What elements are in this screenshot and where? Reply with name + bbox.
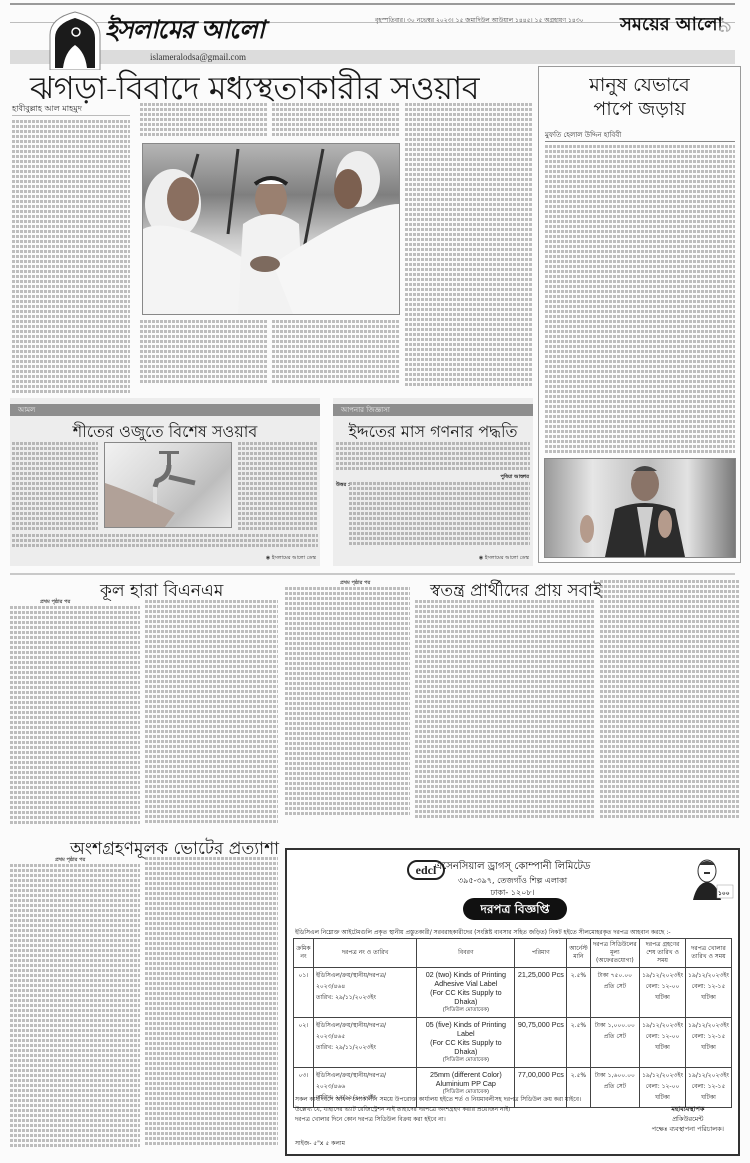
mosque-arch-icon: [48, 10, 103, 70]
mujib-badge-text: ১০০: [718, 890, 730, 897]
tender-row: ০২। ইডিসিএল/ক্রয়/স্থানীয়/দরপত্র/২০২৩/৪…: [294, 1018, 732, 1068]
row-deadline-cell: ১৯/১২/২০২৩ইং বেলা: ১২-০০ ঘটিকা: [640, 1018, 686, 1068]
signatory-dept: প্রকিউরমেন্ট: [652, 1114, 724, 1124]
amal-panel: আমল শীতের ওজুতে বিশেষ সওয়াব ◉ ইসলামের আ…: [10, 398, 320, 566]
row-opening-unit: ঘটিকা: [688, 1092, 729, 1103]
row-deadline-time: বেলা: ১২-০০: [642, 981, 683, 992]
row-desc-line2: (For CC Kits Supply to Dhaka): [419, 1038, 512, 1056]
row-opening-date: ১৯/১২/২০২৩ইং: [688, 970, 729, 981]
row-desc-line1: 25mm (different Color): [419, 1070, 512, 1079]
amal-text-bottom: [12, 534, 318, 554]
side-article-box: মানুষ যেভাবে পাপে জড়ায় মুফতি হেলাল উদ্…: [538, 66, 741, 563]
qa-answer-label: উত্তর :: [336, 482, 350, 490]
col-quantity: পরিমাণ: [515, 939, 567, 968]
row-deadline-time: বেলা: ১২-০০: [642, 1081, 683, 1092]
col-schedule-price: দরপত্র সিডিউলের মূল্য (অফেরতযোগ্য): [590, 939, 639, 968]
row-serial: ০১।: [294, 968, 314, 1018]
ad-note-1: সকল কার্যদিবসে অফিস চলাকালীন সময়ে উপরোক…: [295, 1095, 581, 1105]
side-byline-rule: [545, 141, 735, 142]
amal-text-right: [238, 442, 318, 537]
row-opening-date: ১৯/১২/২০২৩ইং: [688, 1070, 729, 1081]
row-schedule-price: টাকা ১,০০০.০০: [593, 1020, 637, 1031]
row-desc-line2: Aluminium PP Cap: [419, 1079, 512, 1088]
row-deadline-unit: ঘটিকা: [642, 1042, 683, 1053]
row-description-cell: 02 (two) Kinds of Printing Adhesive Vial…: [417, 968, 515, 1018]
tender-advertisement: edcl এসেনসিয়াল ড্রাগস্ কোম্পানী লিমিটেড…: [285, 848, 740, 1156]
amal-credit: ◉ ইসলামের আলো ডেস্ক: [266, 555, 316, 563]
dateline: বৃহস্পতিবার। ৩০ নভেম্বর ২০২৩। ১৫ জমাদিউল…: [375, 15, 584, 26]
row-tender-no-cell: ইডিসিএল/ক্রয়/স্থানীয়/দরপত্র/২০২৩/৪৬৫ ত…: [313, 1018, 416, 1068]
lead-article-column-3-bottom: [272, 320, 400, 395]
row-deadline-date: ১৯/১২/২০২৩ইং: [642, 1020, 683, 1031]
row-schedule-cell: টাকা ৭৫০.০০ প্রতি সেট: [590, 968, 639, 1018]
row-tender-no: ইডিসিএল/ক্রয়/স্থানীয়/দরপত্র/২০২৩/৪৬৪: [316, 970, 414, 992]
ad-note-2: উল্লেখ্য যে, যাহাদের ভ্যাট রেজিস্ট্রেশন …: [295, 1105, 581, 1115]
row-schedule-unit: প্রতি সেট: [593, 1081, 637, 1092]
byline-rule: [12, 115, 130, 116]
row-opening-date: ১৯/১২/২০২৩ইং: [688, 1020, 729, 1031]
side-headline-line2: পাপে জড়ায়: [539, 97, 740, 121]
side-article-text: [545, 145, 735, 455]
row-desc-line1: 05 (five) Kinds of Printing Label: [419, 1020, 512, 1038]
bnm-column-1: [10, 606, 140, 831]
signatory-on-behalf: পক্ষেঃ ব্যবস্থাপনা পরিচালক।: [652, 1124, 724, 1134]
row-tender-no: ইডিসিএল/ক্রয়/স্থানীয়/দরপত্র/২০২৩/৪৬৫: [316, 1020, 414, 1042]
lead-article-column-1: [12, 120, 130, 400]
lead-article-column-3-top: [272, 103, 400, 143]
independent-column-2: [600, 580, 740, 822]
tender-table-header: ক্রমিক নং দরপত্র নং ও তারিখ বিবরণ পরিমাণ…: [294, 939, 732, 968]
row-deadline-unit: ঘটিকা: [642, 992, 683, 1003]
lead-article-column-2-top: [140, 103, 268, 143]
qa-answer-text: [349, 482, 530, 552]
col-submission-deadline: দরপত্র গ্রহণের শেষ তারিখ ও সময়: [640, 939, 686, 968]
col-serial: ক্রমিক নং: [294, 939, 314, 968]
row-opening-cell: ১৯/১২/২০২৩ইং বেলা: ১২-১৫ ঘটিকা: [686, 1068, 732, 1108]
ad-company-name: এসেনসিয়াল ড্রাগস্ কোম্পানী লিমিটেড: [287, 859, 738, 876]
tender-row: ০১। ইডিসিএল/ক্রয়/স্থানীয়/দরপত্র/২০২৩/৪…: [294, 968, 732, 1018]
qa-credit: ◉ ইসলামের আলো ডেস্ক: [479, 555, 529, 563]
qa-question-text: [336, 442, 530, 472]
row-schedule-unit: প্রতি সেট: [593, 981, 637, 992]
row-schedule-unit: প্রতি সেট: [593, 1031, 637, 1042]
col-description: বিবরণ: [417, 939, 515, 968]
side-byline: মুফতি হেলাল উদ্দিন হাবিবী: [545, 129, 621, 141]
row-desc-line3: (For CC Kits Supply to Dhaka): [419, 988, 512, 1006]
praying-man-image: [545, 459, 735, 557]
side-headline-line1: মানুষ যেভাবে: [539, 73, 740, 97]
row-desc-line1: 02 (two) Kinds of Printing: [419, 970, 512, 979]
qa-tab: আপনার জিজ্ঞাসা: [333, 404, 533, 416]
tender-table: ক্রমিক নং দরপত্র নং ও তারিখ বিবরণ পরিমাণ…: [293, 938, 732, 1108]
row-deadline-date: ১৯/১২/২০২৩ইং: [642, 970, 683, 981]
handshake-image: [143, 144, 399, 314]
row-deadline-cell: ১৯/১২/২০২৩ইং বেলা: ১২-০০ ঘটিকা: [640, 968, 686, 1018]
row-desc-note: (সিডিউল মোতাবেক): [419, 1056, 512, 1065]
independent-column-1: [415, 600, 595, 822]
amal-text-left: [12, 442, 98, 537]
tender-notice-badge: দরপত্র বিজ্ঞপ্তি: [463, 898, 567, 920]
col-opening-date: দরপত্র খোলার তারিখ ও সময়: [686, 939, 732, 968]
row-opening-time: বেলা: ১২-১৫: [688, 1031, 729, 1042]
lead-article-column-2-bottom: [140, 320, 268, 395]
col-earnest-money: আর্নেস্ট মানি: [567, 939, 590, 968]
row-serial: ০২।: [294, 1018, 314, 1068]
row-quantity: 90,75,000 Pcs: [515, 1018, 567, 1068]
ad-notes: সকল কার্যদিবসে অফিস চলাকালীন সময়ে উপরোক…: [295, 1095, 581, 1125]
row-opening-cell: ১৯/১২/২০২৩ইং বেলা: ১২-১৫ ঘটিকা: [686, 1018, 732, 1068]
amal-tab-label: আমল: [18, 406, 35, 414]
vote-column-2: [145, 857, 278, 1154]
water-tap-image: [105, 443, 231, 527]
row-schedule-cell: টাকা ১,৬০০.০০ প্রতি সেট: [590, 1068, 639, 1108]
ad-size-note: সাইজ- ৫"x ৫ কলাম: [295, 1138, 345, 1149]
row-tender-date: তারিখ: ২৯/১১/২০২৩ইং: [316, 1042, 414, 1053]
row-schedule-price: টাকা ৭৫০.০০: [593, 970, 637, 981]
row-tender-no-cell: ইডিসিএল/ক্রয়/স্থানীয়/দরপত্র/২০২৩/৪৬৪ ত…: [313, 968, 416, 1018]
row-opening-unit: ঘটিকা: [688, 992, 729, 1003]
section-email[interactable]: islameralodsa@gmail.com: [150, 52, 246, 62]
section-logo-title: ইসলামের আলো: [105, 10, 264, 53]
row-desc-note: (সিডিউল মোতাবেক): [419, 1006, 512, 1015]
newspaper-name: সময়ের আলো: [620, 10, 723, 41]
amal-photo: [104, 442, 232, 528]
continued-column: [285, 587, 410, 822]
row-deadline-cell: ১৯/১২/২০২৩ইং বেলা: ১২-০০ ঘটিকা: [640, 1068, 686, 1108]
ad-intro-text: ইডিসিএল নিম্নোক্ত আইটেমগুলি প্রকৃত স্থান…: [295, 927, 671, 938]
qa-tab-label: আপনার জিজ্ঞাসা: [341, 406, 390, 414]
top-rule: [10, 3, 735, 5]
row-description-cell: 05 (five) Kinds of Printing Label (For C…: [417, 1018, 515, 1068]
qa-asker: পুষিয়া আক্তার: [500, 474, 529, 482]
row-deadline-unit: ঘটিকা: [642, 1092, 683, 1103]
qa-panel: আপনার জিজ্ঞাসা ইদ্দতের মাস গণনার পদ্ধতি …: [333, 398, 533, 566]
row-schedule-price: টাকা ১,৬০০.০০: [593, 1070, 637, 1081]
side-photo: [544, 458, 736, 558]
lead-photo: [142, 143, 400, 315]
row-schedule-cell: টাকা ১,০০০.০০ প্রতি সেট: [590, 1018, 639, 1068]
amal-tab: আমল: [10, 404, 320, 416]
row-earnest-money: ২.৫%: [567, 968, 590, 1018]
vote-column-1: [10, 864, 140, 1154]
row-opening-cell: ১৯/১২/২০২৩ইং বেলা: ১২-১৫ ঘটিকা: [686, 968, 732, 1018]
row-quantity: 21,25,000 Pcs: [515, 968, 567, 1018]
row-opening-time: বেলা: ১২-১৫: [688, 981, 729, 992]
row-tender-date: তারিখ: ২৯/১১/২০২৩ইং: [316, 992, 414, 1003]
row-desc-line2: Adhesive Vial Label: [419, 979, 512, 988]
page-number: ৯: [718, 8, 732, 45]
row-deadline-time: বেলা: ১২-০০: [642, 1031, 683, 1042]
lead-article-column-4: [405, 103, 533, 393]
col-tender-no: দরপত্র নং ও তারিখ: [313, 939, 416, 968]
ad-signatory: মহাব্যবস্থাপক প্রকিউরমেন্ট পক্ষেঃ ব্যবস্…: [652, 1104, 724, 1134]
row-deadline-date: ১৯/১২/২০২৩ইং: [642, 1070, 683, 1081]
row-opening-unit: ঘটিকা: [688, 1042, 729, 1053]
ad-note-3: দরপত্র খোলার দিনে কোন দরপত্র সিডিউল বিক্…: [295, 1115, 581, 1125]
signatory-title: মহাব্যবস্থাপক: [652, 1104, 724, 1114]
row-earnest-money: ২.৫%: [567, 1018, 590, 1068]
mujib-portrait-icon: ১০০: [687, 855, 735, 900]
section-divider: [10, 573, 735, 575]
row-tender-no: ইডিসিএল/ক্রয়/স্থানীয়/দরপত্র/২০২৩/৪৬৬: [316, 1070, 414, 1092]
bnm-column-2: [145, 600, 278, 831]
row-opening-time: বেলা: ১২-১৫: [688, 1081, 729, 1092]
